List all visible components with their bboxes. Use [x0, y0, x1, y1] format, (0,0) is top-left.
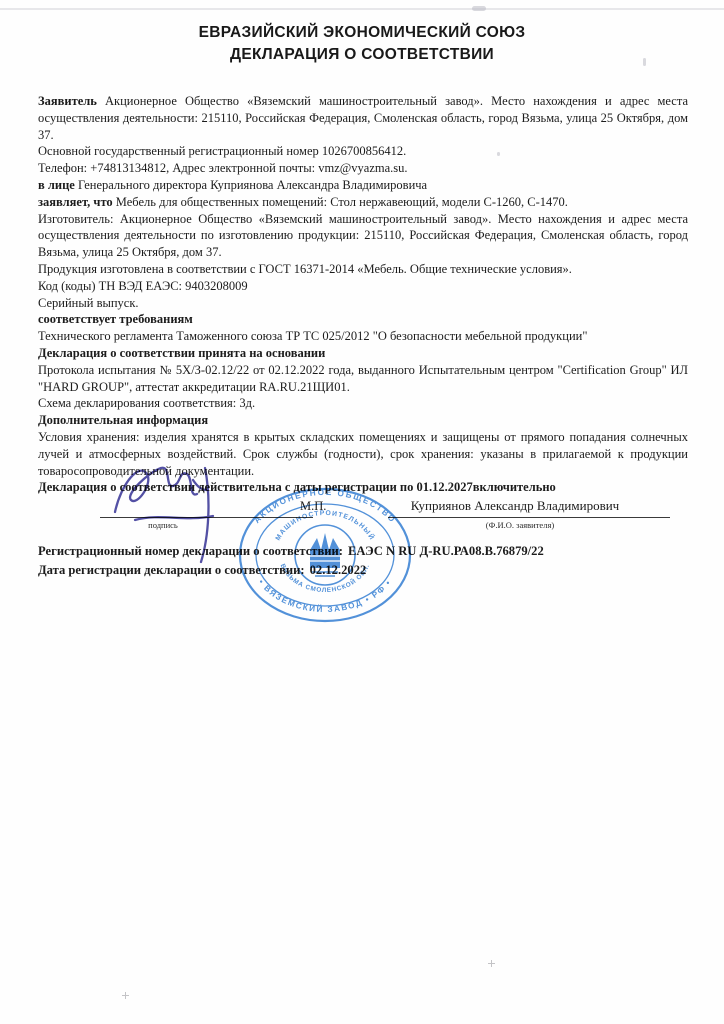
paragraph-text: Мебель для общественных помещений: Стол …: [113, 195, 568, 209]
paragraph-text: Основной государственный регистрационный…: [38, 144, 406, 158]
paragraph-lead: заявляет, что: [38, 195, 113, 209]
company-seal-stamp: АКЦИОНЕРНОЕ ОБЩЕСТВО • ВЯЗЕМСКИЙ ЗАВОД •…: [236, 486, 414, 624]
document-title: ЕВРАЗИЙСКИЙ ЭКОНОМИЧЕСКИЙ СОЮЗ ДЕКЛАРАЦИ…: [0, 22, 724, 66]
paragraph-text: Протокола испытания № 5Х/З-02.12/22 от 0…: [38, 363, 688, 394]
paragraph-text: Серийный выпуск.: [38, 296, 139, 310]
name-caption: (Ф.И.О. заявителя): [450, 520, 590, 530]
paragraph-scheme: Схема декларирования соответствия: 3д.: [38, 395, 688, 412]
paragraph-text: Технического регламента Таможенного союз…: [38, 329, 587, 343]
paragraph-phone-email: Телефон: +74813134812, Адрес электронной…: [38, 160, 688, 177]
handwritten-signature: [105, 450, 255, 570]
scan-artifact-speck: [643, 58, 646, 66]
paragraph-represented-by: в лице Генерального директора Куприянова…: [38, 177, 688, 194]
heading-basis: Декларация о соответствии принята на осн…: [38, 345, 688, 362]
paragraph-text: Генерального директора Куприянова Алекса…: [75, 178, 427, 192]
paragraph-text: Телефон: +74813134812, Адрес электронной…: [38, 161, 408, 175]
paragraph-lead: соответствует требованиям: [38, 312, 193, 326]
paragraph-manufacturer: Изготовитель: Акционерное Общество «Вязе…: [38, 211, 688, 261]
paragraph-lead: Дополнительная информация: [38, 413, 208, 427]
scan-artifact-band: [0, 8, 724, 10]
paragraph-text: Изготовитель: Акционерное Общество «Вязе…: [38, 212, 688, 260]
heading-additional-info: Дополнительная информация: [38, 412, 688, 429]
stamp-center-emblem: [310, 533, 340, 576]
scan-artifact-cross: [122, 992, 129, 999]
paragraph-protocol: Протокола испытания № 5Х/З-02.12/22 от 0…: [38, 362, 688, 396]
paragraph-lead: в лице: [38, 178, 75, 192]
name-line: [388, 517, 670, 518]
heading-meets-requirements: соответствует требованиям: [38, 311, 688, 328]
paragraph-text: Код (коды) ТН ВЭД ЕАЭС: 9403208009: [38, 279, 248, 293]
title-line-declaration: ДЕКЛАРАЦИЯ О СООТВЕТСТВИИ: [0, 44, 724, 66]
paragraph-lead: Заявитель: [38, 94, 97, 108]
paragraph-lead: Декларация о соответствии принята на осн…: [38, 346, 325, 360]
applicant-name: Куприянов Александр Владимирович: [395, 498, 635, 514]
paragraph-ogrn: Основной государственный регистрационный…: [38, 143, 688, 160]
title-line-union: ЕВРАЗИЙСКИЙ ЭКОНОМИЧЕСКИЙ СОЮЗ: [0, 22, 724, 44]
paragraph-declares: заявляет, что Мебель для общественных по…: [38, 194, 688, 211]
paragraph-applicant: Заявитель Акционерное Общество «Вяземски…: [38, 93, 688, 143]
paragraph-text: Продукция изготовлена в соответствии с Г…: [38, 262, 572, 276]
scan-artifact-speck: [472, 6, 486, 11]
paragraph-tnved-code: Код (коды) ТН ВЭД ЕАЭС: 9403208009: [38, 278, 688, 295]
declaration-of-conformity-document: ЕВРАЗИЙСКИЙ ЭКОНОМИЧЕСКИЙ СОЮЗ ДЕКЛАРАЦИ…: [0, 0, 724, 1024]
paragraph-gost: Продукция изготовлена в соответствии с Г…: [38, 261, 688, 278]
paragraph-serial: Серийный выпуск.: [38, 295, 688, 312]
scan-artifact-cross: [488, 960, 495, 967]
stamp-outer-top-text: АКЦИОНЕРНОЕ ОБЩЕСТВО: [252, 488, 397, 525]
document-body: Заявитель Акционерное Общество «Вяземски…: [38, 93, 688, 496]
paragraph-regulation: Технического регламента Таможенного союз…: [38, 328, 688, 345]
scan-artifact-speck: [497, 152, 500, 156]
paragraph-text: Акционерное Общество «Вяземский машиност…: [38, 94, 688, 142]
paragraph-text: Схема декларирования соответствия: 3д.: [38, 396, 255, 410]
